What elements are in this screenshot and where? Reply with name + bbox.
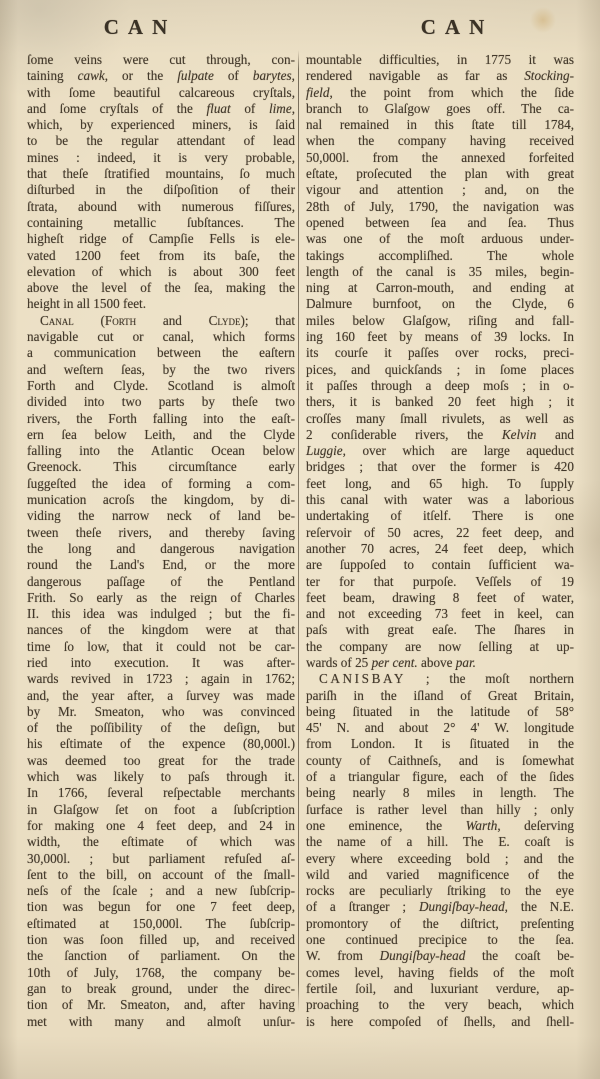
text-line: 50,000l. from the annexed forfeited [306,150,574,166]
text-segment: tion was ſoon filled up, and received [27,932,295,947]
text-line: ter for that purpoſe. Veſſels of 19 [306,574,574,590]
text-segment: wards of 25 [306,655,372,670]
text-segment: and, the year after, a ſurvey was made [27,688,295,703]
text-line: opened between ſea and ſea. Thus [306,215,574,231]
text-segment: eſtate, proſecuted the plan with great [306,166,574,181]
text-line: ſome veins were cut through, con- [27,52,295,68]
text-segment: vated 1200 feet from its baſe, the [27,248,295,263]
text-line: 28th of July, 1790, the navigation was [306,199,574,215]
text-line: ſtrata, abound with numerous fiſſures, [27,199,295,215]
text-segment: height in all 1500 feet. [27,296,146,311]
text-segment: viding the narrow neck of land be- [27,508,295,523]
text-line: ſuggeſted the idea of forming a com- [27,476,295,492]
text-segment: in Glaſgow ſet on foot a ſubſcription [27,802,295,817]
text-segment: , [292,68,295,83]
text-segment: the long and dangerous navigation [27,541,295,556]
text-segment: II. this idea was indulged ; but the fi- [27,606,295,621]
running-header-right: CAN [421,15,494,40]
text-segment: reſervoir of 50 acres, 22 feet deep, and [306,525,574,540]
text-line: W. from Dungiſbay-head the coaſt be- [306,948,574,964]
text-line: Dalmure burnfoot, on the Clyde, 6 [306,296,574,312]
text-line: Greenock. This circumſtance early [27,459,295,475]
text-line: In 1766, ſeveral reſpectable merchants [27,785,295,801]
text-segment: feet long, and 65 high. To ſupply [306,476,574,491]
text-segment: nances of the kingdom were at that [27,622,295,637]
text-segment: rocks are peculiarly ſtriking to the eye [306,883,574,898]
text-segment: 2 conſiderable rivers, the [306,427,502,442]
text-segment: time ſo low, that it could not be car- [27,639,295,654]
text-line: eſtate, proſecuted the plan with great [306,166,574,182]
text-segment: Clyde [209,313,241,328]
text-segment: ſurface is rather level than hilly ; onl… [306,802,574,817]
text-line: width, the eſtimate of which was [27,834,295,850]
text-segment: , the point from which the ſide [329,85,574,100]
text-line: croſſes many ſmall rivulets, as well as [306,411,574,427]
text-segment: undertaking of itſelf. There is one [306,508,574,523]
text-line: viding the narrow neck of land be- [27,508,295,524]
text-segment: the ſanction of parliament. On the [27,948,295,963]
text-segment: which was likely to paſs through it. [27,769,295,784]
text-segment: dangerous paſſage of the Pentland [27,574,295,589]
text-line: is here compoſed of ſhells, and ſhell- [306,1014,574,1030]
text-segment: takings accompliſhed. The whole [306,248,574,263]
text-line: with ſome beautiful calcareous cryſtals, [27,85,295,101]
text-segment: tion of Mr. Smeaton, and, after having [27,997,295,1012]
text-segment: lime [269,101,292,116]
text-segment: thers, it is banked 20 feet high ; it [306,394,574,409]
text-segment: ſent to the bill, on account of the ſmal… [27,867,295,882]
text-line: above the level of the ſea, making the [27,280,295,296]
text-line: tion was ſoon filled up, and received [27,932,295,948]
text-line: the long and dangerous navigation [27,541,295,557]
text-segment: ing 160 feet by means of 39 locks. In [306,329,574,344]
text-line: takings accompliſhed. The whole [306,248,574,264]
text-segment: miles below Glaſgow, riſing and fall- [306,313,574,328]
text-line: ried into execution. It was after- [27,655,295,671]
text-segment: , the N.E. [505,899,574,914]
text-segment: falling into the Atlantic Ocean below [27,443,295,458]
text-line: 30,000l. ; but parliament refuſed aſ- [27,851,295,867]
text-segment: one continued precipice to the ſea. [306,932,574,947]
text-line: fertile ſoil, and luxuriant verdure, ap- [306,981,574,997]
text-segment: ſulpate [177,68,214,83]
text-segment: 45' N. and about 2° 4' W. longitude [306,720,574,735]
text-line: navigable cut or canal, which forms [27,329,295,345]
text-segment: above [418,655,456,670]
text-line: to be the regular attendant of lead [27,133,295,149]
text-segment: ter for that purpoſe. Veſſels of 19 [306,574,574,589]
text-line: elevation of which is about 300 feet [27,264,295,280]
text-line: in Glaſgow ſet on foot a ſubſcription [27,802,295,818]
text-line: rocks are peculiarly ſtriking to the eye [306,883,574,899]
text-segment: above the level of the ſea, making the [27,280,295,295]
text-line: feet long, and 65 high. To ſupply [306,476,574,492]
text-segment: with ſome beautiful calcareous cryſtals, [27,85,295,100]
text-segment: cawk [78,68,105,83]
text-segment: Canal [40,313,74,328]
text-segment: met with many and almoſt unſur- [27,1014,295,1029]
text-segment: , over which are large aqueduct [343,443,574,458]
text-line: nances of the kingdom were at that [27,622,295,638]
text-line: by Mr. Smeaton, who was convinced [27,704,295,720]
text-line: being ſituated in the latitude of 58° [306,704,574,720]
text-line: feet beam, drawing 8 feet of water, [306,590,574,606]
text-segment: comes level, having fields of the moſt [306,965,574,980]
text-segment: fluat [207,101,231,116]
text-segment: diſturbed in the diſpoſition of their [27,182,295,197]
text-line: vated 1200 feet from its baſe, the [27,248,295,264]
text-line: rendered navigable as far as Stocking- [306,68,574,84]
text-line: when the company having received [306,133,574,149]
text-line: round the Land's End, or the more [27,557,295,573]
text-line: ern ſea below Leith, and the Clyde [27,427,295,443]
text-line: the ſanction of parliament. On the [27,948,295,964]
text-segment: round the Land's End, or the more [27,557,295,572]
text-line: branch to Glaſgow goes off. The ca- [306,101,574,117]
text-segment: from London. It is ſituated in the [306,736,574,751]
text-segment: eſtimated at 150,000l. The ſubſcrip- [27,916,295,931]
text-segment: croſſes many ſmall rivulets, as well as [306,411,574,426]
text-segment: and not exceeding 73 feet in keel, can [306,606,574,621]
text-segment: containing metallic ſubſtances. The [27,215,295,230]
text-segment: was one of the moſt arduous under- [306,231,574,246]
text-segment: vigour and attention ; and, on the [306,182,574,197]
text-line: being nearly 8 miles in length. The [306,785,574,801]
text-line: and, the year after, a ſurvey was made [27,688,295,704]
text-segment: wards revived in 1723 ; again in 1762; [27,671,295,686]
text-segment: CANISBAY [319,671,406,686]
text-line: that theſe ſtratified mountains, ſo much [27,166,295,182]
text-line: falling into the Atlantic Ocean below [27,443,295,459]
text-line: of a ſtranger ; Dungiſbay-head, the N.E. [306,899,574,915]
text-segment: of a ſtranger ; [306,899,419,914]
text-line: its courſe it paſſes over rocks, preci- [306,345,574,361]
text-segment: tion was begun for one 7 feet deep, [27,899,295,914]
text-segment: gan to break ground, under the direc- [27,981,295,996]
text-segment: county of Caithneſs, and is ſomewhat [306,753,574,768]
text-line: a communication between the eaſtern [27,345,295,361]
text-line: pices, and quickſands ; in ſome places [306,362,574,378]
text-segment: W. from [306,948,380,963]
text-segment: fertile ſoil, and luxuriant verdure, ap- [306,981,574,996]
text-line: another 70 acres, 24 feet deep, which [306,541,574,557]
text-segment: taining [27,68,78,83]
text-segment: Dungiſbay-head [419,899,505,914]
text-line: this canal with water was a laborious [306,492,574,508]
text-segment: and weſtern ſeas, by the two rivers [27,362,295,377]
text-segment: In 1766, ſeveral reſpectable merchants [27,785,295,800]
text-segment: 28th of July, 1790, the navigation was [306,199,574,214]
text-segment: length of the canal is 35 miles, begin- [306,264,574,279]
text-line: 10th of July, 1768, the company be- [27,965,295,981]
text-segment: paſs with great eaſe. The ſhares in [306,622,574,637]
text-segment: being nearly 8 miles in length. The [306,785,574,800]
text-line: 45' N. and about 2° 4' W. longitude [306,720,574,736]
text-segment: to be the regular attendant of lead [27,133,295,148]
text-segment: and [536,427,574,442]
text-segment: field [306,85,329,100]
text-line: divided into two parts by theſe two [27,394,295,410]
text-line: county of Caithneſs, and is ſomewhat [306,753,574,769]
text-line: and weſtern ſeas, by the two rivers [27,362,295,378]
text-segment: every where exceeding bold ; and the [306,851,574,866]
text-segment: Forth and Clyde. Scotland is almoſt [27,378,295,393]
text-line: mountable difficulties, in 1775 it was [306,52,574,68]
text-line: gan to break ground, under the direc- [27,981,295,997]
text-segment: of [231,101,269,116]
text-line: taining cawk, or the ſulpate of barytes, [27,68,295,84]
text-line: ſent to the bill, on account of the ſmal… [27,867,295,883]
text-segment: pices, and quickſands ; in ſome places [306,362,574,377]
text-line: tion of Mr. Smeaton, and, after having [27,997,295,1013]
text-line: length of the canal is 35 miles, begin- [306,264,574,280]
text-segment: Warth [466,818,498,833]
text-segment: by Mr. Smeaton, who was convinced [27,704,295,719]
text-segment: for making one 4 feet deep, and 24 in [27,818,295,833]
text-segment: another 70 acres, 24 feet deep, which [306,541,574,556]
text-segment: Dungiſbay-head [380,948,466,963]
text-segment: nal remained in this ſtate till 1784, [306,117,574,132]
text-segment: 50,000l. from the annexed forfeited [306,150,574,165]
text-segment: its courſe it paſſes over rocks, preci- [306,345,574,360]
text-line: Luggie, over which are large aqueduct [306,443,574,459]
text-segment: bridges ; that over the former is 420 [306,459,574,474]
text-line: Canal (Forth and Clyde); that [27,313,295,329]
text-line: which was likely to paſs through it. [27,769,295,785]
text-line: was one of the moſt arduous under- [306,231,574,247]
text-line: pariſh in the iſland of Great Britain, [306,688,574,704]
text-segment: branch to Glaſgow goes off. The ca- [306,101,574,116]
text-line: undertaking of itſelf. There is one [306,508,574,524]
text-line: wild and varied magnificence of the [306,867,574,883]
text-segment: mines : indeed, it is very probable, [27,150,295,165]
text-line: and ſome cryſtals of the fluat of lime, [27,101,295,117]
text-line: bridges ; that over the former is 420 [306,459,574,475]
text-line: one eminence, the Warth, deſerving [306,818,574,834]
text-segment: Forth [105,313,136,328]
text-line: of the poſſibility of the deſign, but [27,720,295,736]
text-line: Forth and Clyde. Scotland is almoſt [27,378,295,394]
text-segment: ern ſea below Leith, and the Clyde [27,427,295,442]
text-segment: of the poſſibility of the deſign, but [27,720,295,735]
text-line: tion was begun for one 7 feet deep, [27,899,295,915]
text-segment: and ſome cryſtals of the [27,101,207,116]
text-line: ing 160 feet by means of 39 locks. In [306,329,574,345]
text-segment: wild and varied magnificence of the [306,867,574,882]
text-segment: ſome veins were cut through, con- [27,52,295,67]
text-segment: elevation of which is about 300 feet [27,264,295,279]
text-line: diſturbed in the diſpoſition of their [27,182,295,198]
text-line: of a triangular figure, each of the ſide… [306,769,574,785]
text-segment: the name of a hill. The E. coaſt is [306,834,574,849]
text-line: and not exceeding 73 feet in keel, can [306,606,574,622]
text-line: was deemed too great for the trade [27,753,295,769]
text-segment: pariſh in the iſland of Great Britain, [306,688,574,703]
text-segment: one eminence, the [306,818,466,833]
text-line: proaching to the very beach, which [306,997,574,1013]
text-segment: munication acroſs the kingdom, by di- [27,492,295,507]
text-line: eſtimated at 150,000l. The ſubſcrip- [27,916,295,932]
text-line: tween theſe rivers, and thereby ſaving [27,525,295,541]
text-line: which, by experienced miners, is ſaid [27,117,295,133]
text-segment: of [214,68,253,83]
text-segment: and [136,313,208,328]
text-column-right: mountable difficulties, in 1775 it wasre… [306,52,574,1030]
text-line: higheſt ridge of Campſie Fells is ele- [27,231,295,247]
text-segment: his eſtimate of the expence (80,000l.) [27,736,295,751]
text-segment: the coaſt be- [465,948,574,963]
text-segment: rendered navigable as far as [306,68,524,83]
text-segment: that theſe ſtratified mountains, ſo much [27,166,295,181]
text-segment: 30,000l. ; but parliament refuſed aſ- [27,851,295,866]
text-segment: , or the [105,68,177,83]
running-header-left: CAN [104,15,177,40]
text-segment: neſs of the ſcale ; and a new ſubſcrip- [27,883,295,898]
text-segment: ſtrata, abound with numerous fiſſures, [27,199,295,214]
text-line: the name of a hill. The E. coaſt is [306,834,574,850]
text-line: time ſo low, that it could not be car- [27,639,295,655]
text-line: for making one 4 feet deep, and 24 in [27,818,295,834]
text-segment: is here compoſed of ſhells, and ſhell- [306,1014,574,1029]
text-segment: , deſerving [497,818,574,833]
text-segment: navigable cut or canal, which forms [27,329,295,344]
text-line: dangerous paſſage of the Pentland [27,574,295,590]
text-segment: width, the eſtimate of which was [27,834,295,849]
text-segment: ried into execution. It was after- [27,655,295,670]
text-segment: a communication between the eaſtern [27,345,295,360]
text-line: every where exceeding bold ; and the [306,851,574,867]
text-line: 2 conſiderable rivers, the Kelvin and [306,427,574,443]
text-line: it paſſes through a deep moſs ; in o- [306,378,574,394]
text-segment: Greenock. This circumſtance early [27,459,295,474]
text-line: miles below Glaſgow, riſing and fall- [306,313,574,329]
text-segment: promontory of the diſtrict, preſenting [306,916,574,931]
text-line: mines : indeed, it is very probable, [27,150,295,166]
text-line: met with many and almoſt unſur- [27,1014,295,1030]
text-line: vigour and attention ; and, on the [306,182,574,198]
text-segment: , [292,101,295,116]
text-segment: per cent. [372,655,418,670]
text-line: ſurface is rather level than hilly ; onl… [306,802,574,818]
text-segment: when the company having received [306,133,574,148]
text-line: nal remained in this ſtate till 1784, [306,117,574,133]
text-line: paſs with great eaſe. The ſhares in [306,622,574,638]
text-line: II. this idea was indulged ; but the fi- [27,606,295,622]
text-segment: was deemed too great for the trade [27,753,295,768]
text-segment: ning at Carron-mouth, and ending at [306,280,574,295]
text-line: munication acroſs the kingdom, by di- [27,492,295,508]
text-segment: par. [456,655,476,670]
text-segment: rivers, the Forth falling into the eaſt- [27,411,295,426]
text-segment: Stocking- [524,68,574,83]
text-segment: ; the moſt northern [406,671,574,686]
text-line: Frith. So early as the reign of Charles [27,590,295,606]
text-line: containing metallic ſubſtances. The [27,215,295,231]
text-line: one continued precipice to the ſea. [306,932,574,948]
text-segment: Dalmure burnfoot, on the Clyde, 6 [306,296,574,311]
text-line: rivers, the Forth falling into the eaſt- [27,411,295,427]
text-segment: tween theſe rivers, and thereby ſaving [27,525,295,540]
text-segment: which, by experienced miners, is ſaid [27,117,295,132]
text-line: wards of 25 per cent. above par. [306,655,574,671]
text-line: thers, it is banked 20 feet high ; it [306,394,574,410]
text-segment: proaching to the very beach, which [306,997,574,1012]
text-segment: are ſuppoſed to contain ſufficient wa- [306,557,574,572]
text-segment: the company are now ſelling at up- [306,639,574,654]
text-line: field, the point from which the ſide [306,85,574,101]
text-segment: ); that [240,313,295,328]
text-segment: Frith. So early as the reign of Charles [27,590,295,605]
text-segment: Kelvin [502,427,536,442]
column-divider-rule [298,50,299,1012]
text-line: his eſtimate of the expence (80,000l.) [27,736,295,752]
text-line: height in all 1500 feet. [27,296,295,312]
text-line: are ſuppoſed to contain ſufficient wa- [306,557,574,573]
text-segment: opened between ſea and ſea. Thus [306,215,574,230]
text-line: comes level, having fields of the moſt [306,965,574,981]
text-segment: 10th of July, 1768, the company be- [27,965,295,980]
text-line: ning at Carron-mouth, and ending at [306,280,574,296]
text-segment: this canal with water was a laborious [306,492,574,507]
text-line: reſervoir of 50 acres, 22 feet deep, and [306,525,574,541]
text-line: the company are now ſelling at up- [306,639,574,655]
text-column-left: ſome veins were cut through, con-taining… [27,52,295,1030]
text-line: CANISBAY ; the moſt northern [306,671,574,687]
text-segment: Luggie [306,443,343,458]
text-segment: being ſituated in the latitude of 58° [306,704,574,719]
text-line: promontory of the diſtrict, preſenting [306,916,574,932]
text-segment: ſuggeſted the idea of forming a com- [27,476,295,491]
text-segment: higheſt ridge of Campſie Fells is ele- [27,231,295,246]
text-line: wards revived in 1723 ; again in 1762; [27,671,295,687]
text-line: neſs of the ſcale ; and a new ſubſcrip- [27,883,295,899]
text-segment: ( [74,313,105,328]
text-segment: divided into two parts by theſe two [27,394,295,409]
text-segment: mountable difficulties, in 1775 it was [306,52,574,67]
text-segment: barytes [253,68,292,83]
text-segment: of a triangular figure, each of the ſide… [306,769,574,784]
text-segment: feet beam, drawing 8 feet of water, [306,590,574,605]
text-line: from London. It is ſituated in the [306,736,574,752]
text-segment: it paſſes through a deep moſs ; in o- [306,378,574,393]
